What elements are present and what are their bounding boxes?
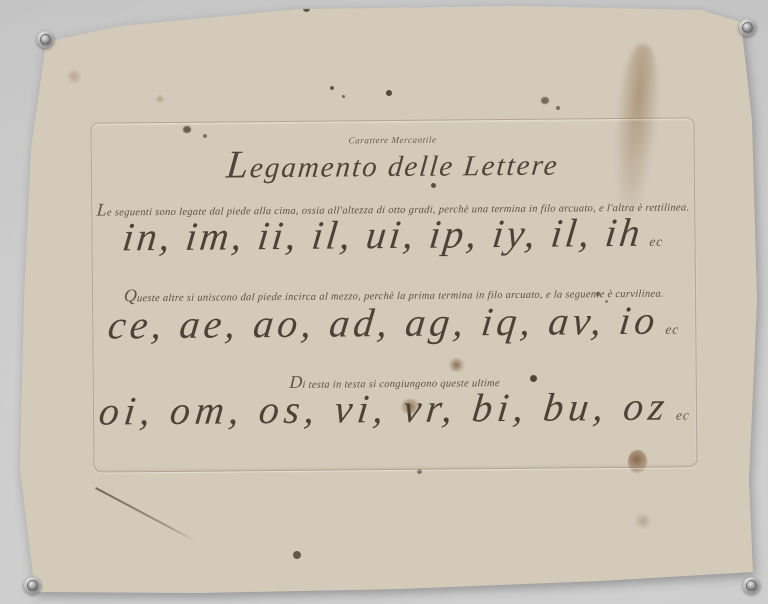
pushpin-top-left [37, 31, 54, 48]
scratch-mark [95, 487, 195, 541]
stain [556, 106, 560, 110]
etcetera-mark-1: ec [649, 234, 664, 249]
stain [330, 86, 334, 90]
pushpin-bottom-left [24, 577, 41, 594]
plate-impression: Carattere Mercantile Legamento delle Let… [90, 117, 697, 472]
pushpin-top-right [739, 19, 756, 36]
stain [541, 97, 549, 104]
ligature-text-1: in, im, ii, il, ui, ip, iy, il, ih [120, 210, 645, 260]
ligature-examples-1: in, im, ii, il, ui, ip, iy, il, ihec [90, 206, 698, 263]
etcetera-mark-2: ec [665, 322, 680, 337]
stain [386, 90, 392, 96]
pushpin-bottom-right [743, 577, 760, 594]
photo-background: Carattere Mercantile Legamento delle Let… [0, 0, 768, 604]
stain [293, 551, 301, 559]
ligature-examples-3: oi, om, os, vi, vr, bi, bu, ozec [91, 380, 699, 437]
ligature-examples-2: ce, ae, ao, ad, ag, iq, av, ioec [90, 294, 698, 351]
stain [342, 95, 345, 98]
plate-title: Legamento delle Lettere [90, 138, 696, 188]
ligature-text-3: oi, om, os, vi, vr, bi, bu, oz [97, 384, 672, 434]
stain [303, 5, 310, 12]
paper-sheet: Carattere Mercantile Legamento delle Let… [0, 0, 768, 604]
stain [155, 95, 165, 103]
ligature-text-2: ce, ae, ao, ad, ag, iq, av, io [106, 298, 661, 348]
paper-wrap: Carattere Mercantile Legamento delle Let… [0, 0, 768, 604]
stain [66, 70, 82, 83]
stain [634, 514, 652, 528]
etcetera-mark-3: ec [675, 407, 690, 422]
